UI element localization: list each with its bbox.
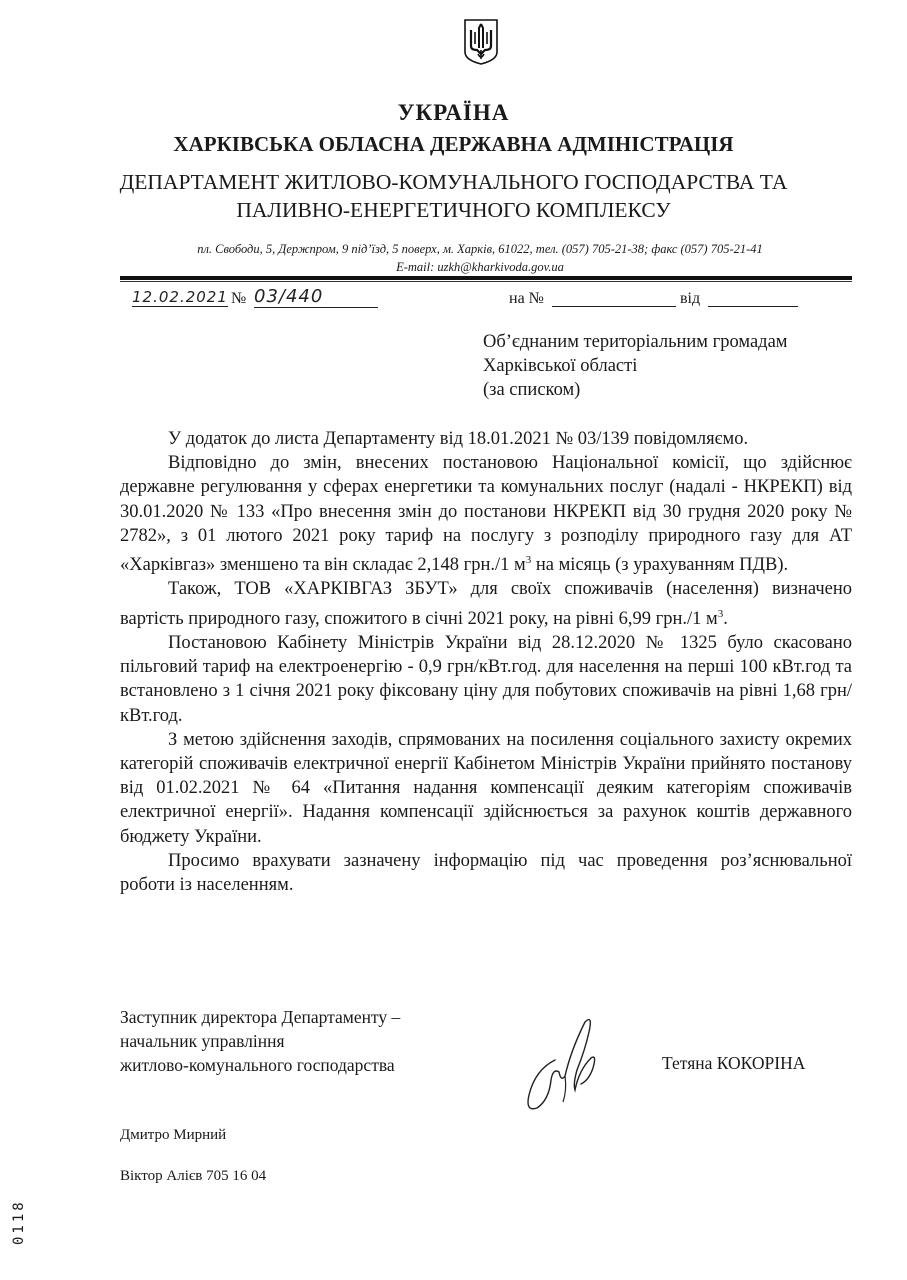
signatory-name: Тетяна КОКОРІНА — [662, 1053, 805, 1074]
paragraph-compensation: З метою здійснення заходів, спрямованих … — [120, 728, 852, 849]
recipient-line-3: (за списком) — [483, 378, 788, 402]
letter-number: 03/440 — [254, 286, 378, 308]
executor-name: Дмитро Мирний — [120, 1127, 226, 1144]
executor-contact: Віктор Алієв 705 16 04 — [120, 1168, 266, 1185]
department-line-1: ДЕПАРТАМЕНТ ЖИТЛОВО-КОМУНАЛЬНОГО ГОСПОДА… — [0, 168, 907, 196]
position-line-1: Заступник директора Департаменту – — [120, 1005, 400, 1029]
handwritten-signature-icon — [515, 1010, 615, 1115]
letter-date: 12.02.2021 — [132, 288, 228, 307]
recipient-line-1: Об’єднаним територіальним громадам — [483, 330, 788, 354]
paragraph-gas-distribution-tariff: Відповідно до змін, внесених постановою … — [120, 451, 852, 577]
trident-coat-of-arms-icon — [463, 18, 499, 66]
reply-to-number-field — [552, 288, 676, 307]
registry-stamp-number: 0118 — [0, 1215, 49, 1245]
reference-line: 12.02.2021 № 03/440 на № від — [128, 288, 848, 312]
reply-to-date-field — [708, 288, 798, 307]
position-line-3: житлово-комунального господарства — [120, 1053, 400, 1077]
department-heading: ДЕПАРТАМЕНТ ЖИТЛОВО-КОМУНАЛЬНОГО ГОСПОДА… — [0, 168, 907, 224]
from-label: від — [680, 290, 700, 308]
reply-to-label: на № — [509, 290, 544, 308]
paragraph-request: Просимо врахувати зазначену інформацію п… — [120, 849, 852, 897]
paragraph-electricity-tariff: Постановою Кабінету Міністрів України ві… — [120, 631, 852, 728]
postal-address: пл. Свободи, 5, Держпром, 9 під’їзд, 5 п… — [60, 240, 900, 258]
contact-address: пл. Свободи, 5, Держпром, 9 під’їзд, 5 п… — [60, 240, 900, 276]
signatory-position: Заступник директора Департаменту – начал… — [120, 1005, 400, 1077]
email-address: E-mail: uzkh@kharkivoda.gov.ua — [60, 258, 900, 276]
header-divider-thin — [120, 281, 852, 282]
recipient-block: Об’єднаним територіальним громадам Харкі… — [483, 330, 788, 402]
country-heading: УКРАЇНА — [0, 100, 907, 126]
recipient-line-2: Харківської області — [483, 354, 788, 378]
letter-body: У додаток до листа Департаменту від 18.0… — [120, 427, 852, 897]
administration-heading: ХАРКІВСЬКА ОБЛАСНА ДЕРЖАВНА АДМІНІСТРАЦІ… — [0, 132, 907, 157]
header-divider — [120, 276, 852, 280]
number-label: № — [231, 290, 246, 308]
position-line-2: начальник управління — [120, 1029, 400, 1053]
department-line-2: ПАЛИВНО-ЕНЕРГЕТИЧНОГО КОМПЛЕКСУ — [0, 196, 907, 224]
paragraph-gas-price: Також, ТОВ «ХАРКІВГАЗ ЗБУТ» для своїх сп… — [120, 577, 852, 631]
paragraph-intro: У додаток до листа Департаменту від 18.0… — [120, 427, 852, 451]
